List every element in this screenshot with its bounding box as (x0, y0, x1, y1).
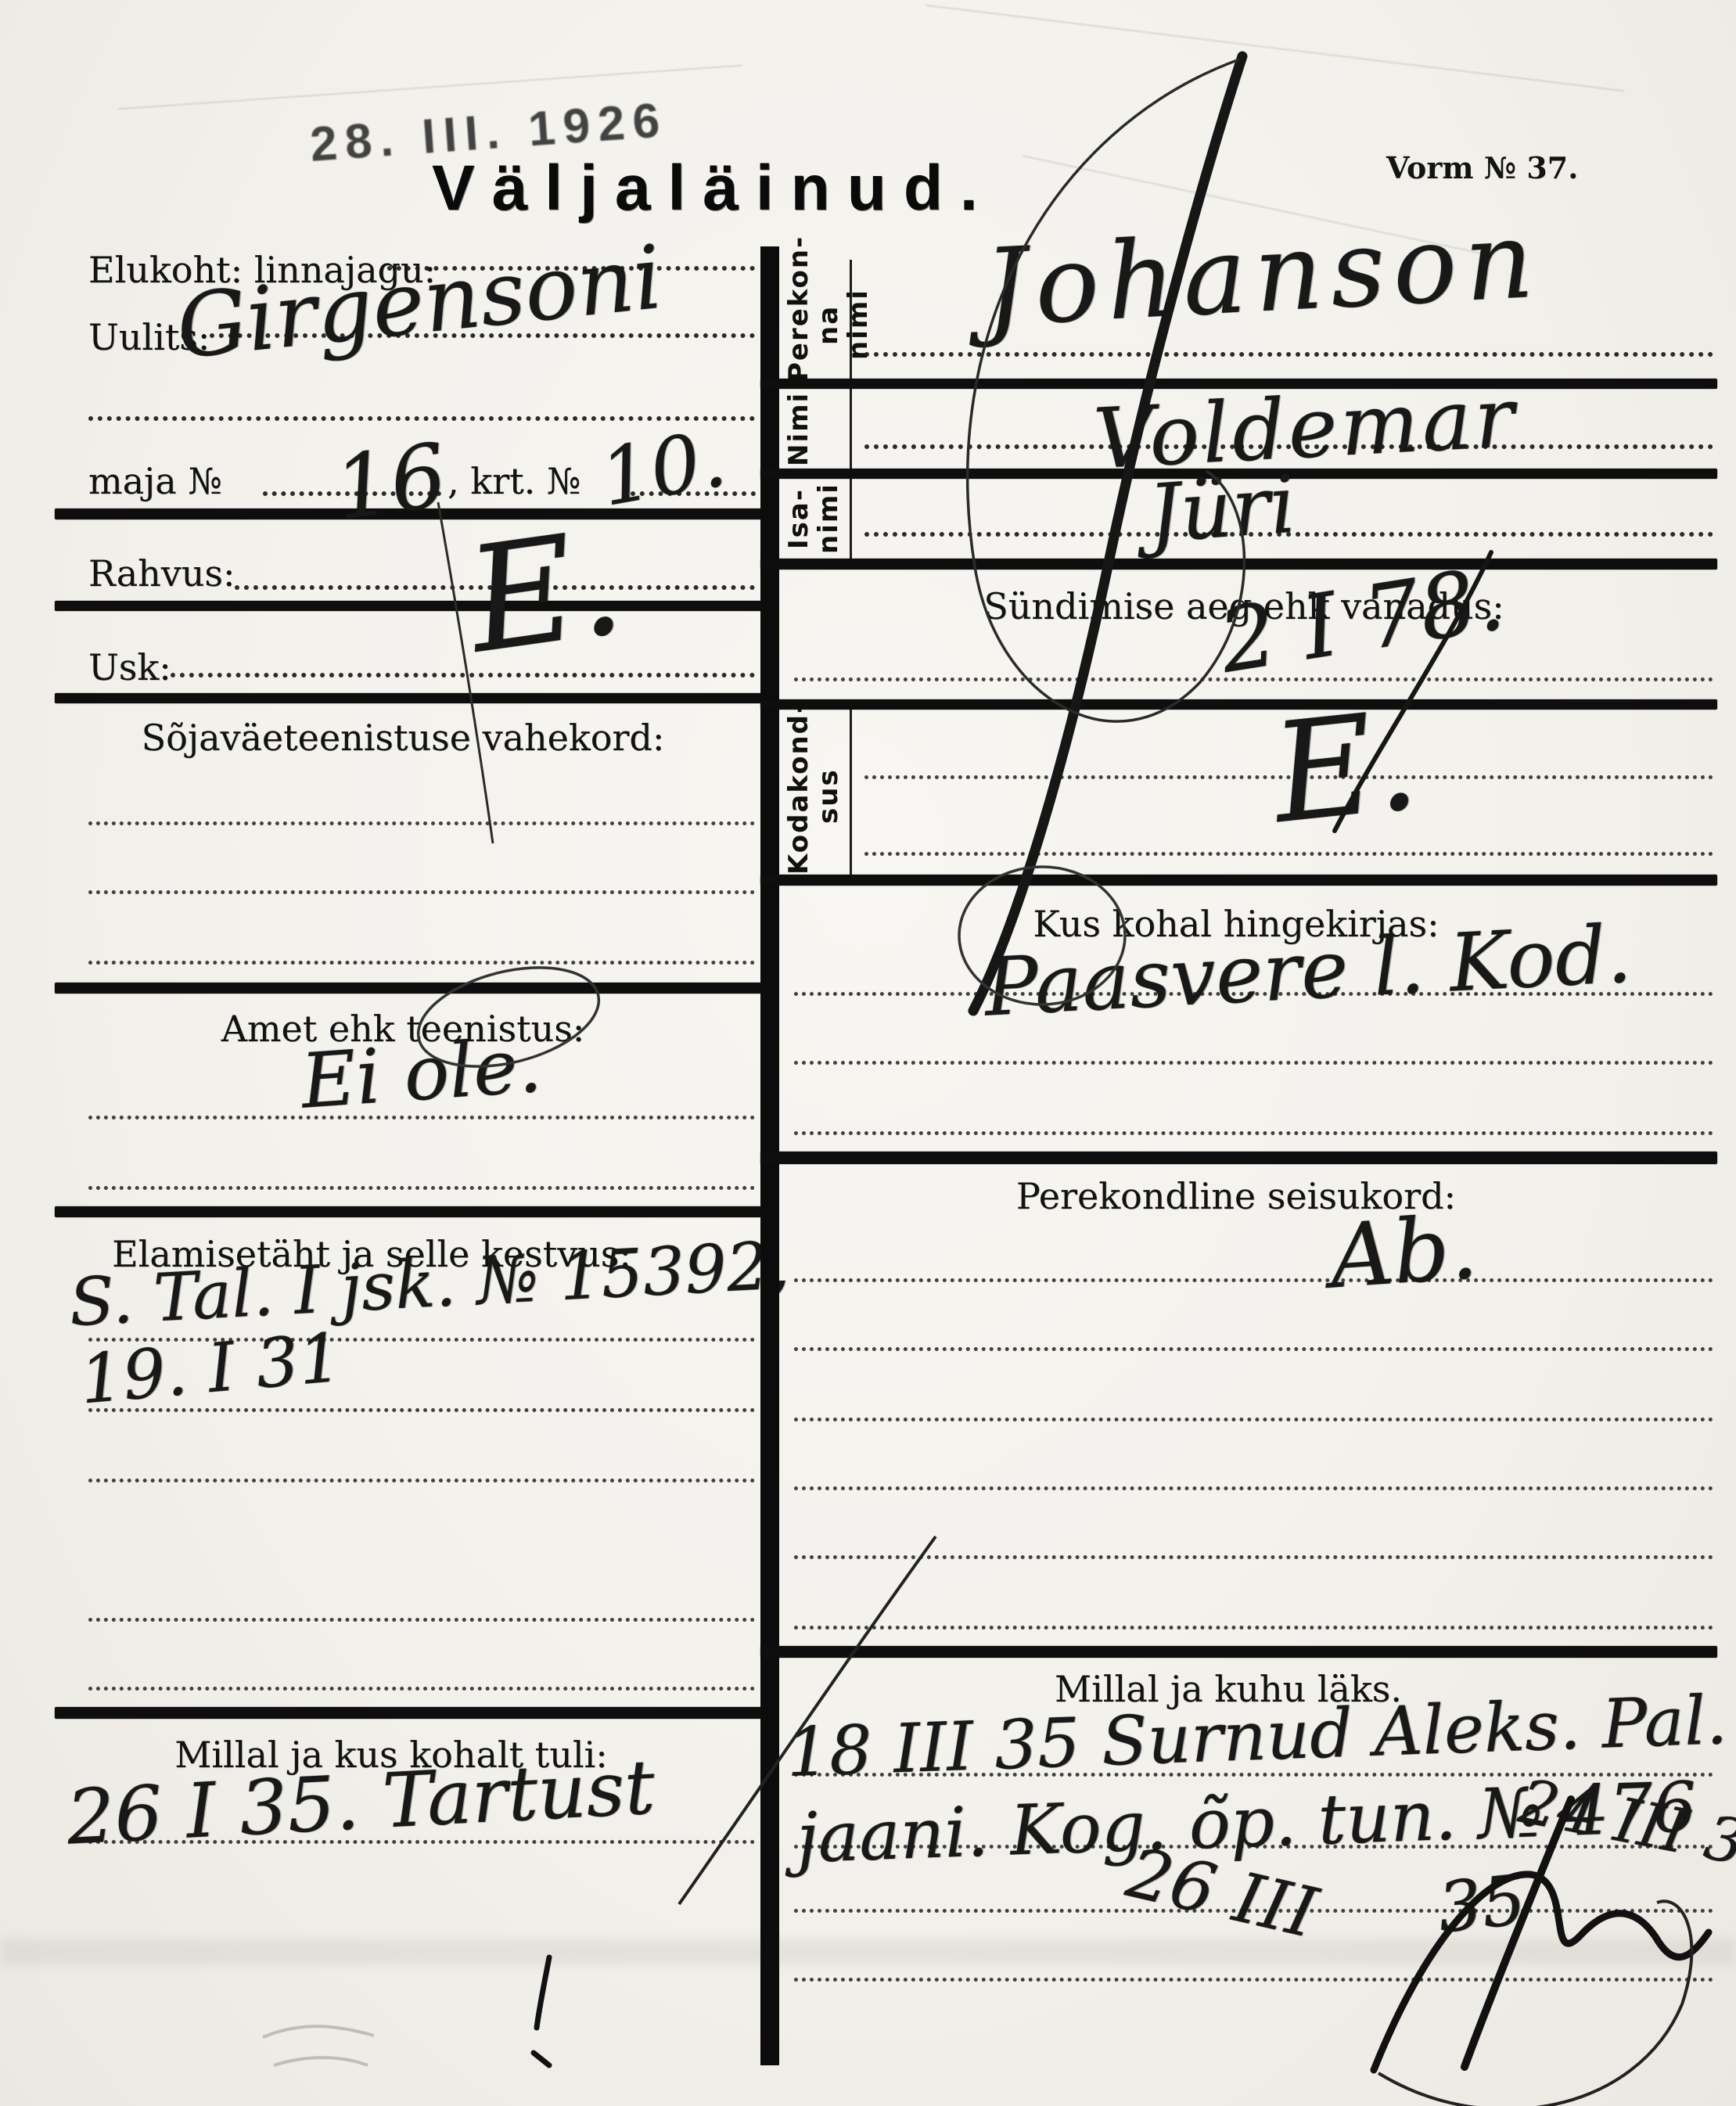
pen-mark (534, 2053, 549, 2065)
dotted-line (794, 1486, 1713, 1490)
pen-mark (537, 1957, 549, 2028)
rahvus-label: Rahvus: (88, 552, 235, 595)
name-side-label: Nimi (784, 390, 814, 468)
citizenship-side-label: Kodakond- sus (784, 718, 843, 875)
citizenship-handwriting: E. (1266, 681, 1425, 854)
dotted-line (794, 1555, 1713, 1559)
side-label-line: na nimi (814, 268, 873, 382)
section-rule (760, 699, 1717, 710)
dotted-line (794, 1418, 1713, 1421)
side-label-line: Kodakond- (784, 718, 814, 875)
house-number-handwriting: 16 (329, 425, 453, 541)
departed-date-handwriting: 24 III 35. (1514, 1766, 1736, 1890)
family-status-handwriting: Ab. (1327, 1197, 1481, 1309)
registration-card: 28. III. 1926 Väljaläinud. Vorm № 37. El… (0, 0, 1736, 2106)
dotted-line (88, 1687, 755, 1691)
surname-side-label: Perekon- na nimi (784, 268, 873, 382)
father-name-handwriting: Jüri (1145, 458, 1299, 562)
section-rule (55, 601, 763, 611)
section-rule (760, 1152, 1717, 1164)
pencil-mark (263, 2026, 374, 2065)
dotted-line (794, 1978, 1713, 1982)
dotted-line (864, 352, 1713, 357)
side-label-line: nimi (814, 479, 843, 559)
dotted-line (88, 416, 755, 421)
side-label-line: Nimi (784, 390, 814, 468)
dotted-line (794, 1626, 1713, 1630)
side-label-line: sus (814, 718, 843, 875)
occupation-handwriting: Ei ole. (298, 1021, 544, 1125)
dotted-line (794, 1131, 1713, 1135)
dotted-line (171, 673, 755, 677)
military-label: Sõjaväeteenistuse vahekord: (55, 717, 751, 759)
apartment-number-handwriting: 10. (594, 412, 732, 524)
side-label-line: Perekon- (784, 268, 814, 382)
section-rule (55, 1206, 763, 1217)
dotted-line (794, 1347, 1713, 1351)
section-rule (55, 693, 763, 703)
birth-handwriting: 2 I 78. (1213, 548, 1511, 692)
dotted-line (88, 1618, 755, 1622)
dotted-line (88, 890, 755, 894)
section-rule (760, 559, 1717, 570)
father-name-side-label: Isa- nimi (784, 479, 843, 559)
label-divider-line (850, 708, 852, 876)
maja-label: maja № (88, 460, 222, 502)
surname-handwriting: Johanson (981, 198, 1544, 350)
page-title: Väljaläinud. (432, 152, 995, 225)
krt-label: , krt. № (447, 460, 580, 502)
family-status-label: Perekondline seisukord: (892, 1175, 1580, 1217)
dotted-line (88, 961, 755, 965)
signature-scribble (1374, 1874, 1709, 2070)
dotted-line (794, 1061, 1713, 1065)
paper-crease (926, 4, 1625, 92)
form-number: Vorm № 37. (1386, 150, 1578, 185)
dotted-line (794, 1278, 1713, 1282)
dotted-line (88, 1186, 755, 1190)
section-rule (760, 875, 1717, 886)
dotted-line (88, 821, 755, 825)
section-rule (55, 1707, 763, 1719)
departed-handwriting-line4: 35 (1434, 1859, 1529, 1948)
section-rule (55, 983, 763, 994)
nationality-handwriting: E. (458, 498, 632, 686)
usk-label: Usk: (88, 646, 171, 688)
section-rule (760, 1646, 1717, 1658)
side-label-line: Isa- (784, 479, 814, 559)
signature-scribble (1378, 1901, 1691, 2106)
dotted-line (88, 1479, 755, 1482)
